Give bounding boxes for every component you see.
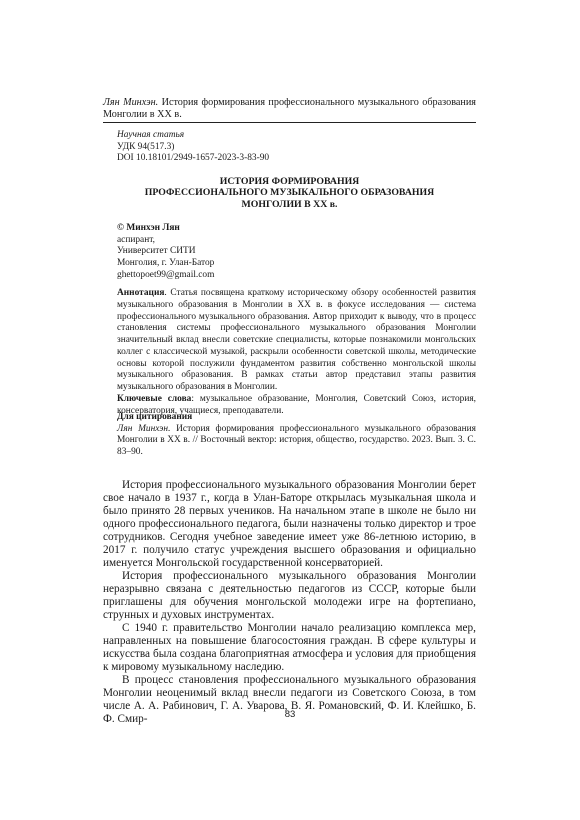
article-type: Научная статья [117, 130, 476, 142]
running-head-title: История формирования профессионального м… [103, 97, 476, 120]
article-title: ИСТОРИЯ ФОРМИРОВАНИЯ ПРОФЕССИОНАЛЬНОГО М… [103, 176, 476, 210]
abstract: Аннотация. Статья посвящена краткому ист… [117, 288, 476, 394]
citation-block: Для цитирования Лян Минхэн. История форм… [117, 412, 476, 459]
abstract-block: Аннотация. Статья посвящена краткому ист… [117, 288, 476, 417]
author-location: Монголия, г. Улан-Батор [117, 258, 476, 270]
header-rule [103, 122, 476, 123]
citation-label: Для цитирования [117, 412, 476, 424]
author-affiliation: Университет СИТИ [117, 246, 476, 258]
abstract-label: Аннотация [117, 288, 164, 298]
author-email[interactable]: ghettopoet99@gmail.com [117, 270, 476, 282]
article-meta: Научная статья УДК 94(517.3) DOI 10.1810… [117, 130, 476, 165]
abstract-text: . Статья посвящена краткому историческом… [117, 288, 476, 392]
keywords-label: Ключевые слова [117, 394, 191, 404]
udc-code: УДК 94(517.3) [117, 142, 476, 154]
body-paragraph: С 1940 г. правительство Монголии начало … [103, 622, 476, 674]
running-head: Лян Минхэн. История формирования професс… [103, 97, 476, 122]
article-body: История профессионального музыкального о… [103, 479, 476, 726]
title-line: ИСТОРИЯ ФОРМИРОВАНИЯ [103, 176, 476, 187]
author-position: аспирант, [117, 235, 476, 247]
body-paragraph: История профессионального музыкального о… [103, 570, 476, 622]
author-name: © Минхэн Лян [117, 223, 476, 235]
title-line: МОНГОЛИИ В ХХ в. [103, 199, 476, 210]
citation-authors: Лян Минхэн. [117, 424, 170, 434]
body-paragraph: История профессионального музыкального о… [103, 479, 476, 570]
title-line: ПРОФЕССИОНАЛЬНОГО МУЗЫКАЛЬНОГО ОБРАЗОВАН… [103, 187, 476, 198]
doi: DOI 10.18101/2949-1657-2023-3-83-90 [117, 153, 476, 165]
page-number: 83 [0, 709, 580, 720]
author-block: © Минхэн Лян аспирант, Университет СИТИ … [117, 223, 476, 282]
journal-page: Лян Минхэн. История формирования професс… [0, 0, 580, 820]
running-head-authors: Лян Минхэн. [103, 97, 158, 108]
citation-text: История формирования профессионального м… [117, 424, 476, 457]
